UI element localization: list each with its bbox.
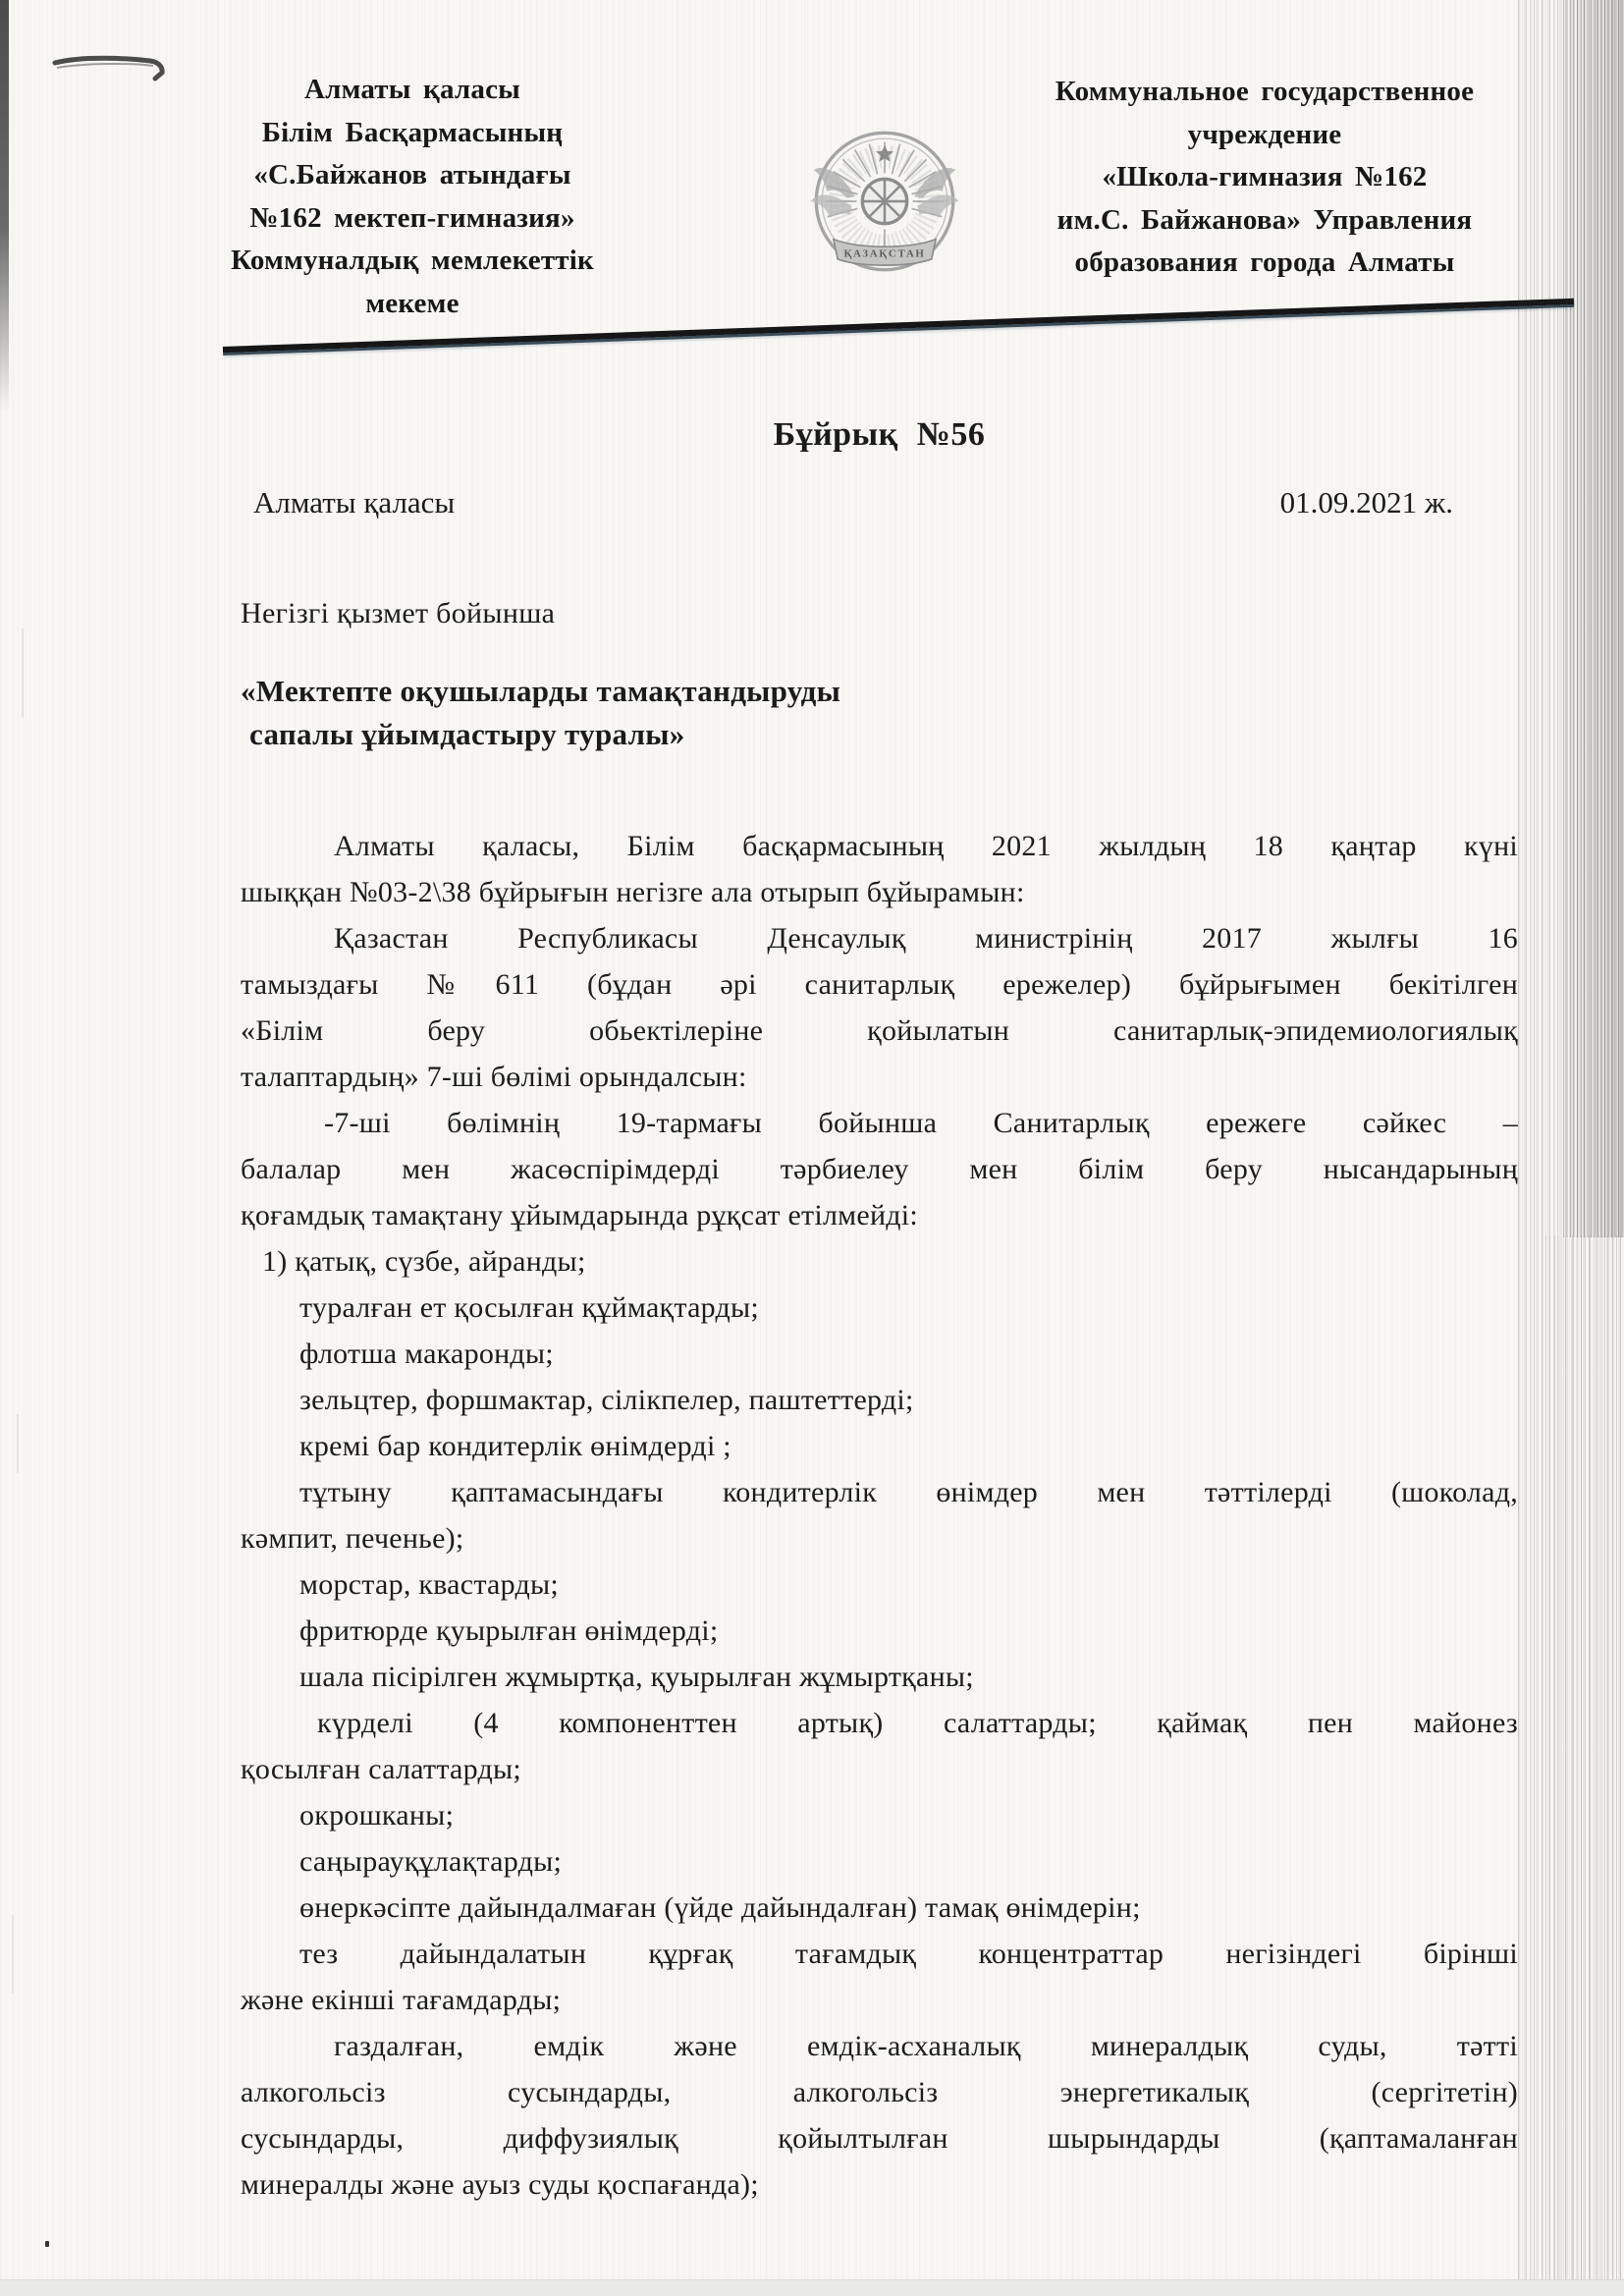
body-line: қоғамдық тамақтану ұйымдарында рұқсат ет… bbox=[241, 1192, 1518, 1238]
org-line: Коммуналдық мемлекеттік мекеме bbox=[201, 240, 623, 325]
scan-dash bbox=[22, 629, 24, 717]
body-line: күрделі (4 компоненттен артық) салаттард… bbox=[241, 1700, 1518, 1746]
subject-line: «Мектепте оқушыларды тамақтандыруды bbox=[241, 670, 840, 713]
body-line: тамыздағы №611 (бұдан әрі санитарлық ере… bbox=[241, 961, 1518, 1008]
scan-streaks-right bbox=[1518, 0, 1624, 2296]
body-line: «Білім беру обьектілеріне қойылатын сани… bbox=[241, 1008, 1518, 1054]
org-line: Білім Басқармасының bbox=[201, 112, 623, 155]
body-line: шала пісірілген жұмыртқа, қуырылған жұмы… bbox=[241, 1654, 1518, 1700]
body-line: -7-ші бөлімнің 19-тармағы бойынша Санита… bbox=[241, 1100, 1518, 1146]
scan-dash bbox=[17, 1414, 19, 1473]
order-title: Бұйрық №56 bbox=[241, 416, 1518, 454]
body-line: қосылған салаттарды; bbox=[241, 1746, 1518, 1792]
org-line: им.С. Байжанова» Управления bbox=[1009, 199, 1520, 243]
body-line: сусындарды, диффузиялық қойылтылған шыры… bbox=[241, 2115, 1518, 2161]
body-lines: Алматы қаласы, Білім басқармасының 2021 … bbox=[241, 823, 1518, 2208]
body-line: минералды және ауыз суды қоспағанда); bbox=[241, 2161, 1518, 2208]
body-line: зельцтер, форшмактар, сілікпелер, паштет… bbox=[241, 1377, 1518, 1423]
body-line: фритюрде қуырылған өнімдерді; bbox=[241, 1608, 1518, 1654]
body-line: Алматы қаласы, Білім басқармасының 2021 … bbox=[241, 823, 1518, 869]
org-line: учреждение bbox=[1009, 114, 1520, 157]
body-line: 1) қатық, сүзбе, айранды; bbox=[241, 1238, 1518, 1285]
subject-label: Негізгі қызмет бойынша bbox=[241, 597, 555, 630]
body-line: кәмпит, печенье); bbox=[241, 1515, 1518, 1561]
order-subject: «Мектепте оқушыларды тамақтандырудысапал… bbox=[241, 670, 840, 756]
body-line: морстар, квастарды; bbox=[241, 1561, 1518, 1608]
body-line: газдалған, емдік және емдік-асханалық ми… bbox=[241, 2023, 1518, 2069]
scan-bottom-band bbox=[0, 2279, 1624, 2296]
body-line: туралған ет қосылған құймақтарды; bbox=[241, 1285, 1518, 1331]
header-org-russian: Коммунальное государственноеучреждение«Ш… bbox=[1009, 71, 1520, 285]
body-line: тез дайындалатын құрғақ тағамдық концент… bbox=[241, 1931, 1518, 1977]
body-line: өнеркәсіпте дайындалмаған (үйде дайындал… bbox=[241, 1885, 1518, 1931]
body-line: окрошканы; bbox=[241, 1792, 1518, 1838]
scanned-order-page: { "page": { "paper_color": "#f8f7f4", "i… bbox=[0, 0, 1624, 2296]
body-line: кремі бар кондитерлік өнімдерді ; bbox=[241, 1423, 1518, 1469]
order-date: 01.09.2021 ж. bbox=[1280, 485, 1453, 520]
body-line: Қазастан Республикасы Денсаулық министрі… bbox=[241, 915, 1518, 961]
body-line: алкогольсіз сусындарды, алкогольсіз энер… bbox=[241, 2069, 1518, 2115]
scan-speck bbox=[45, 2241, 49, 2247]
body-line: флотша макаронды; bbox=[241, 1331, 1518, 1377]
body-line: шыққан №03-2\38 бұйрығын негізге ала оты… bbox=[241, 869, 1518, 915]
org-line: Алматы қаласы bbox=[201, 69, 623, 112]
org-line: образования города Алматы bbox=[1009, 242, 1520, 285]
org-line: №162 мектеп-гимназия» bbox=[201, 197, 623, 241]
body-line: тұтыну қаптамасындағы кондитерлік өнімде… bbox=[241, 1469, 1518, 1515]
header-org-kazakh: Алматы қаласыБілім Басқармасының«С.Байжа… bbox=[201, 69, 623, 325]
pen-mark bbox=[37, 39, 185, 98]
org-line: Коммунальное государственное bbox=[1009, 71, 1520, 114]
emblem-banner-text: ҚАЗАҚСТАН bbox=[843, 247, 925, 259]
scan-edge-left bbox=[0, 0, 9, 412]
order-city: Алматы қаласы bbox=[253, 485, 455, 520]
kazakhstan-emblem-icon: ҚАЗАҚСТАН bbox=[802, 119, 967, 284]
org-line: «С.Байжанов атындағы bbox=[201, 154, 623, 197]
body-line: талаптардың» 7-ші бөлімі орындалсын: bbox=[241, 1054, 1518, 1100]
subject-line: сапалы ұйымдастыру туралы» bbox=[241, 713, 840, 756]
scan-dash bbox=[12, 1915, 14, 1994]
body-line: және екінші тағамдарды; bbox=[241, 1977, 1518, 2023]
org-line: «Школа-гимназия №162 bbox=[1009, 156, 1520, 199]
body-line: балалар мен жасөспірімдерді тәрбиелеу ме… bbox=[241, 1146, 1518, 1192]
body-line: саңырауқұлақтарды; bbox=[241, 1838, 1518, 1885]
city-date-row: Алматы қаласы 01.09.2021 ж. bbox=[253, 485, 1453, 520]
